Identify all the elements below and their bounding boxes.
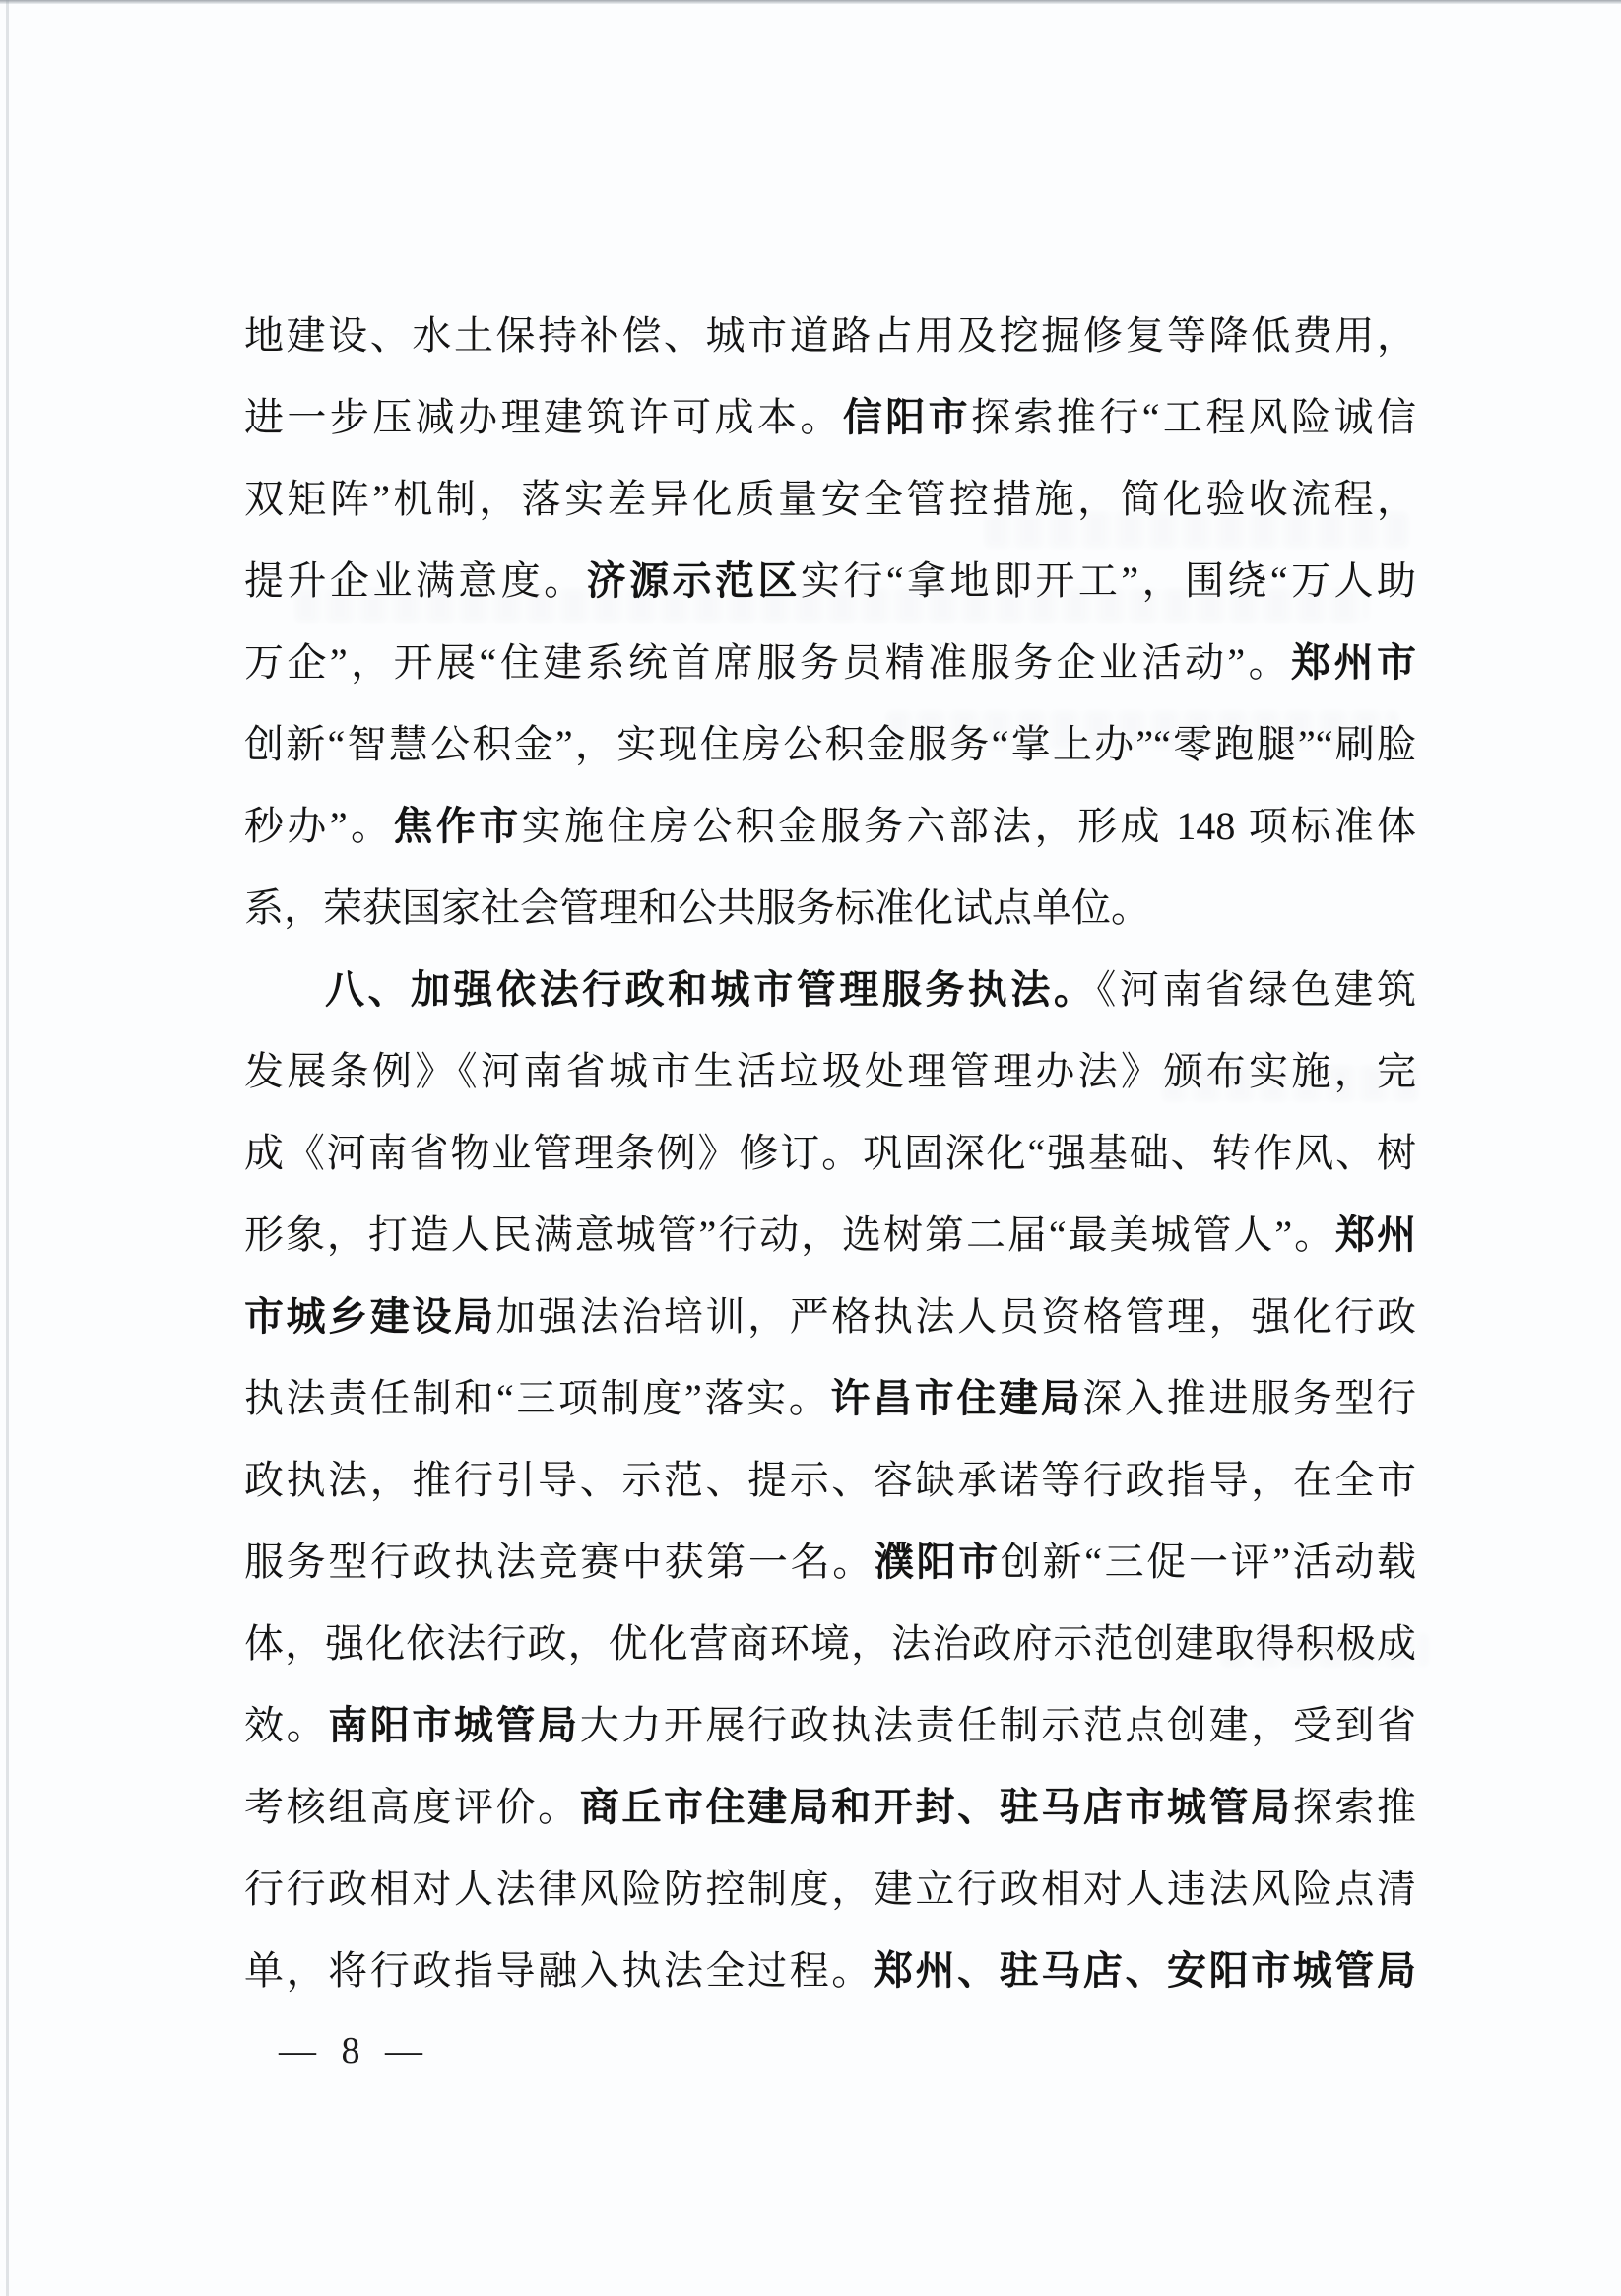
body-text: 探索推行“工程风险诚信 xyxy=(971,395,1416,439)
body-text: 进一步压减办理建筑许可成本。 xyxy=(244,395,843,439)
text-line: 成《河南省物业管理条例》修订。巩固深化“强基础、转作风、树 xyxy=(244,1112,1416,1194)
body-text: 服务型行政执法竞赛中获第一名。 xyxy=(244,1540,875,1584)
text-line: 提升企业满意度。济源示范区实行“拿地即开工”，围绕“万人助 xyxy=(244,540,1416,622)
page-background: 地建设、水土保持补偿、城市道路占用及挖掘修复等降低费用，进一步压减办理建筑许可成… xyxy=(0,0,1621,2296)
emphasis-text: 济源示范区 xyxy=(587,559,801,603)
text-line: 体，强化依法行政，优化营商环境，法治政府示范创建取得积极成 xyxy=(244,1603,1416,1684)
text-line: 行行政相对人法律风险防控制度，建立行政相对人违法风险点清 xyxy=(244,1848,1416,1930)
text-line: 单，将行政指导融入执法全过程。郑州、驻马店、安阳市城管局 xyxy=(244,1930,1416,2011)
text-line: 发展条例》《河南省城市生活垃圾处理管理办法》颁布实施，完 xyxy=(244,1030,1416,1112)
text-line: 双矩阵”机制，落实差异化质量安全管控措施，简化验收流程， xyxy=(244,458,1416,540)
page-number: — 8 — xyxy=(279,2027,430,2074)
body-text: 效。 xyxy=(244,1703,328,1747)
emphasis-text: 郑州 xyxy=(1335,1214,1416,1257)
body-text: 创新“智慧公积金”，实现住房公积金服务“掌上办”“零跑腿”“刷脸 xyxy=(244,722,1416,766)
emphasis-text: 郑州市 xyxy=(1291,641,1416,685)
body-text: 形象，打造人民满意城管”行动，选树第二届“最美城管人”。 xyxy=(244,1213,1335,1257)
emphasis-text: 许昌市住建局 xyxy=(830,1377,1082,1420)
text-block: 地建设、水土保持补偿、城市道路占用及挖掘修复等降低费用，进一步压减办理建筑许可成… xyxy=(244,295,1416,2011)
body-text: 执法责任制和“三项制度”落实。 xyxy=(244,1376,830,1420)
text-line: 万企”，开展“住建系统首席服务员精准服务企业活动”。郑州市 xyxy=(244,622,1416,703)
body-text: 实行“拿地即开工”，围绕“万人助 xyxy=(801,558,1416,603)
body-text: 深入推进服务型行 xyxy=(1082,1376,1416,1420)
text-line: 执法责任制和“三项制度”落实。许昌市住建局深入推进服务型行 xyxy=(244,1357,1416,1439)
text-line: 秒办”。焦作市实施住房公积金服务六部法，形成 148 项标准体 xyxy=(244,785,1416,867)
body-text: 提升企业满意度。 xyxy=(244,558,587,603)
text-line: 考核组高度评价。商丘市住建局和开封、驻马店市城管局探索推 xyxy=(244,1766,1416,1848)
body-text: 系，荣获国家社会管理和公共服务标准化试点单位。 xyxy=(244,886,1150,930)
emphasis-text: 南阳市城管局 xyxy=(328,1704,580,1747)
body-text: 双矩阵”机制，落实差异化质量安全管控措施，简化验收流程， xyxy=(244,477,1416,521)
text-line: 效。南阳市城管局大力开展行政执法责任制示范点创建，受到省 xyxy=(244,1684,1416,1766)
emphasis-text: 濮阳市 xyxy=(875,1541,1001,1584)
text-line: 政执法，推行引导、示范、提示、容缺承诺等行政指导，在全市 xyxy=(244,1439,1416,1521)
emphasis-text: 八、加强依法行政和城市管理服务执法。 xyxy=(325,968,1096,1012)
emphasis-text: 信阳市 xyxy=(843,396,971,439)
body-text: 万企”，开展“住建系统首席服务员精准服务企业活动”。 xyxy=(244,640,1291,685)
paragraph-section-eight: 八、加强依法行政和城市管理服务执法。《河南省绿色建筑发展条例》《河南省城市生活垃… xyxy=(244,949,1416,2011)
scanned-document-page: { "page": { "number_label": "— 8 —" }, "… xyxy=(0,0,1621,2296)
body-text: 成《河南省物业管理条例》修订。巩固深化“强基础、转作风、树 xyxy=(244,1131,1416,1175)
body-text: 秒办”。 xyxy=(244,804,393,848)
text-line: 形象，打造人民满意城管”行动，选树第二届“最美城管人”。郑州 xyxy=(244,1194,1416,1276)
body-text: 实施住房公积金服务六部法，形成 148 项标准体 xyxy=(522,804,1416,848)
body-text: 大力开展行政执法责任制示范点创建，受到省 xyxy=(580,1703,1416,1747)
emphasis-text: 市城乡建设局 xyxy=(244,1295,496,1339)
text-line: 市城乡建设局加强法治培训，严格执法人员资格管理，强化行政 xyxy=(244,1276,1416,1357)
body-text: 《河南省绿色建筑 xyxy=(1096,967,1416,1012)
body-text: 地建设、水土保持补偿、城市道路占用及挖掘修复等降低费用， xyxy=(244,313,1416,358)
scan-edge-left-artifact xyxy=(6,0,9,2296)
body-text: 创新“三促一评”活动载 xyxy=(1001,1540,1416,1584)
scan-edge-top-artifact xyxy=(0,0,1621,4)
text-line: 进一步压减办理建筑许可成本。信阳市探索推行“工程风险诚信 xyxy=(244,376,1416,458)
text-line: 八、加强依法行政和城市管理服务执法。《河南省绿色建筑 xyxy=(244,949,1416,1030)
body-text: 发展条例》《河南省城市生活垃圾处理管理办法》颁布实施，完 xyxy=(244,1049,1416,1093)
body-text: 探索推 xyxy=(1293,1785,1416,1829)
text-line: 系，荣获国家社会管理和公共服务标准化试点单位。 xyxy=(244,867,1416,949)
body-text: 体，强化依法行政，优化营商环境，法治政府示范创建取得积极成 xyxy=(244,1621,1416,1666)
text-line: 地建设、水土保持补偿、城市道路占用及挖掘修复等降低费用， xyxy=(244,295,1416,376)
text-line: 创新“智慧公积金”，实现住房公积金服务“掌上办”“零跑腿”“刷脸 xyxy=(244,703,1416,785)
body-text: 单，将行政指导融入执法全过程。 xyxy=(244,1948,874,1993)
body-text: 加强法治培训，严格执法人员资格管理，强化行政 xyxy=(496,1294,1416,1339)
body-text: 行行政相对人法律风险防控制度，建立行政相对人违法风险点清 xyxy=(244,1867,1416,1911)
body-text: 考核组高度评价。 xyxy=(244,1785,580,1829)
emphasis-text: 郑州、驻马店、安阳市城管局 xyxy=(874,1949,1416,1993)
emphasis-text: 焦作市 xyxy=(393,805,521,848)
body-text: 政执法，推行引导、示范、提示、容缺承诺等行政指导，在全市 xyxy=(244,1458,1416,1502)
text-line: 服务型行政执法竞赛中获第一名。濮阳市创新“三促一评”活动载 xyxy=(244,1521,1416,1603)
emphasis-text: 商丘市住建局和开封、驻马店市城管局 xyxy=(580,1786,1293,1829)
paragraph-continued-from-previous-page: 地建设、水土保持补偿、城市道路占用及挖掘修复等降低费用，进一步压减办理建筑许可成… xyxy=(244,295,1416,949)
